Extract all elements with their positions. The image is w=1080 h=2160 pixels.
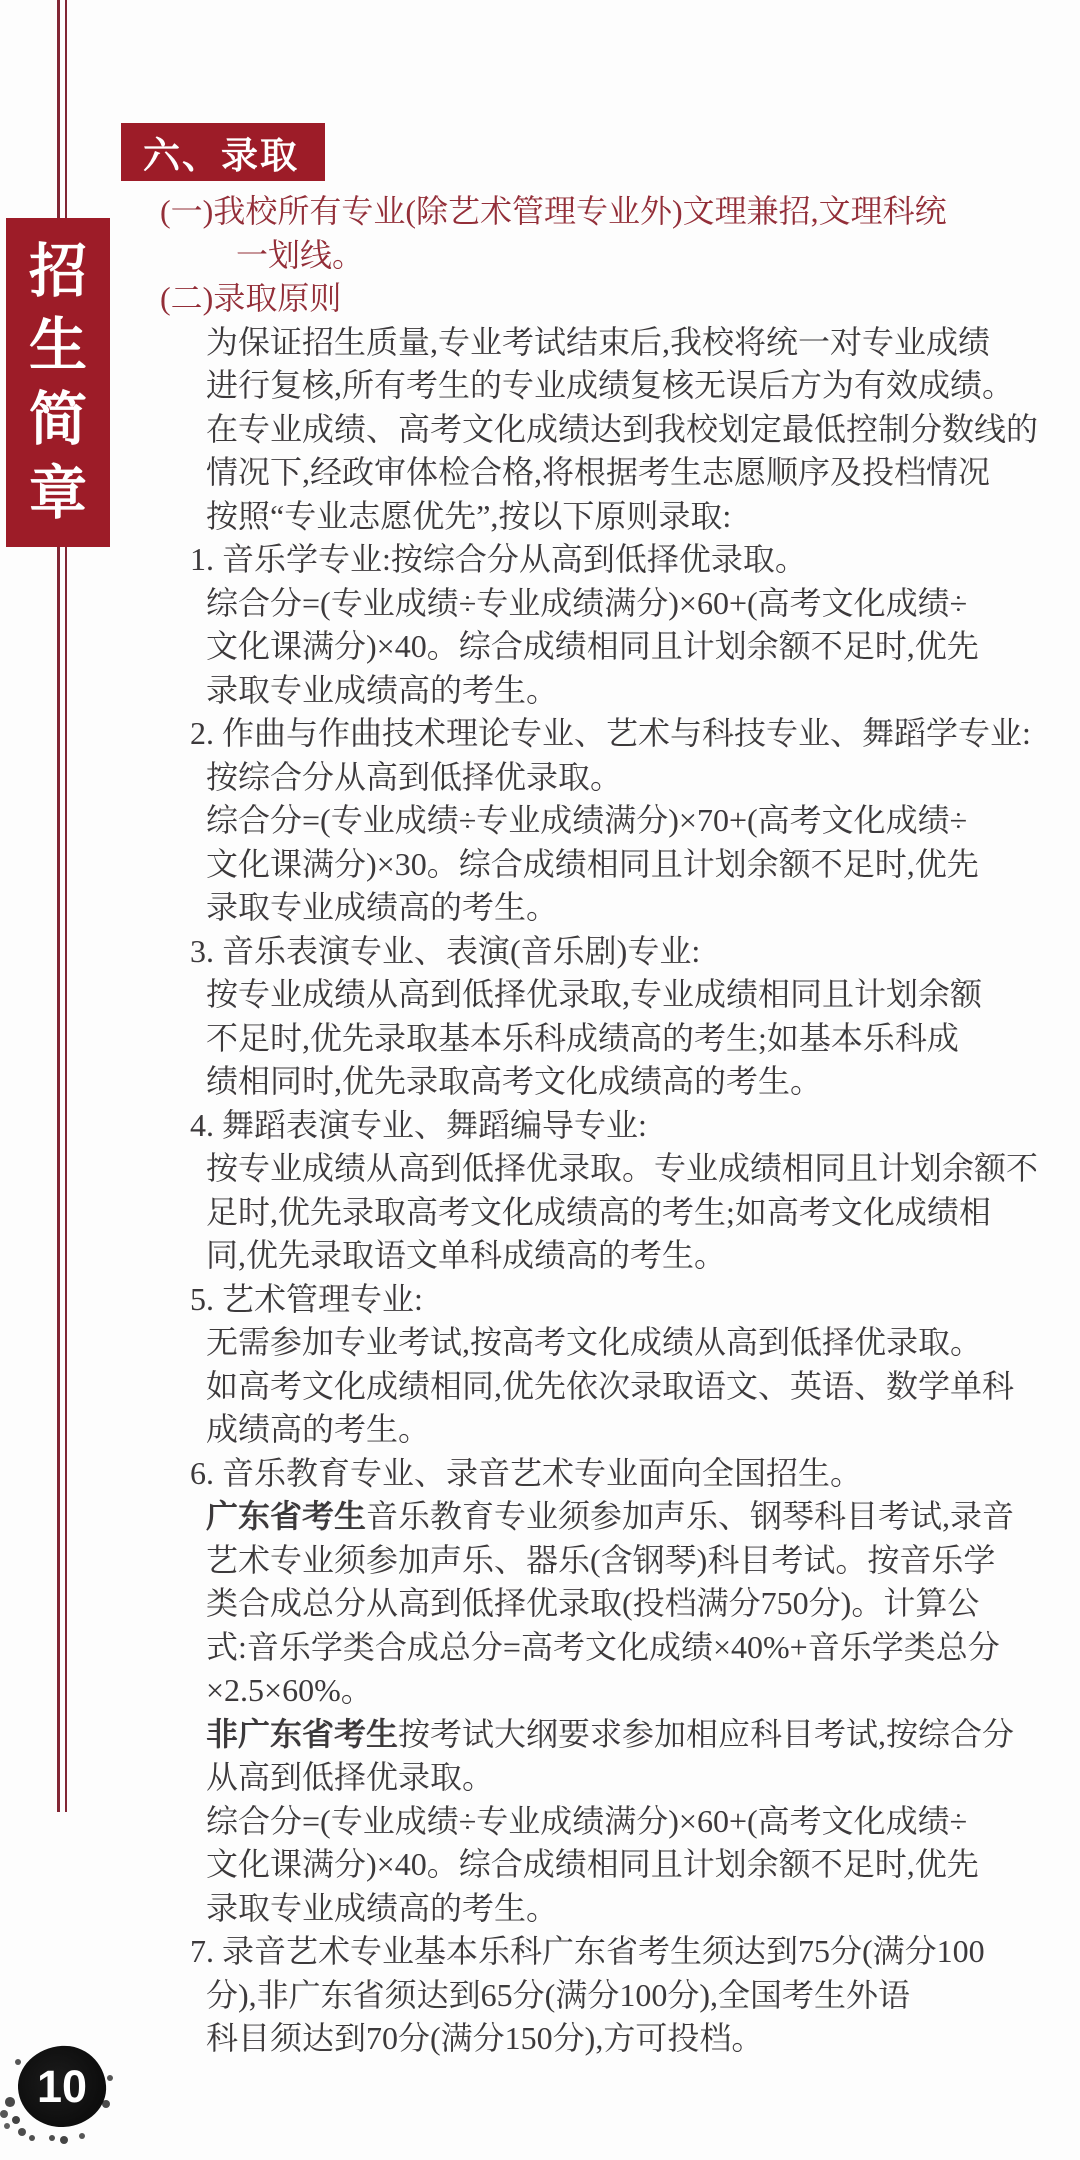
- text-line: 绩相同时,优先录取高考文化成绩高的考生。: [160, 1060, 1060, 1104]
- text-line: 3. 音乐表演专业、表演(音乐剧)专业:: [160, 930, 1060, 974]
- text-line: 式:音乐学类合成总分=高考文化成绩×40%+音乐学类总分: [160, 1626, 1060, 1670]
- page-number-badge: 10: [15, 2043, 108, 2130]
- text-line: 按综合分从高到低择优录取。: [160, 756, 1060, 800]
- text-line: 广东省考生音乐教育专业须参加声乐、钢琴科目考试,录音: [160, 1495, 1060, 1539]
- text-line: 按专业成绩从高到低择优录取。专业成绩相同且计划余额不: [160, 1147, 1060, 1191]
- banner-character: 招: [29, 237, 87, 307]
- sidebar-title-banner: 招生简章: [6, 218, 110, 547]
- text-line: 科目须达到70分(满分150分),方可投档。: [160, 2017, 1060, 2061]
- text-line: 录取专业成绩高的考生。: [160, 1887, 1060, 1931]
- text-line: 综合分=(专业成绩÷专业成绩满分)×70+(高考文化成绩÷: [160, 799, 1060, 843]
- bold-run: 非广东省考生: [206, 1716, 398, 1752]
- text-line: 非广东省考生按考试大纲要求参加相应科目考试,按综合分: [160, 1713, 1060, 1757]
- text-line: 如高考文化成绩相同,优先依次录取语文、英语、数学单科: [160, 1365, 1060, 1409]
- text-line: 类合成总分从高到低择优录取(投档满分750分)。计算公: [160, 1582, 1060, 1626]
- text-line: ×2.5×60%。: [160, 1669, 1060, 1713]
- text-line: 分),非广东省须达到65分(满分100分),全国考生外语: [160, 1974, 1060, 2018]
- text-line: 7. 录音艺术专业基本乐科广东省考生须达到75分(满分100: [160, 1930, 1060, 1974]
- brochure-page: 招生简章 六、录取 (一)我校所有专业(除艺术管理专业外)文理兼招,文理科统一划…: [0, 0, 1080, 2160]
- section-title: 六、录取: [143, 125, 299, 179]
- section-header: 六、录取: [121, 123, 325, 181]
- text-line: 进行复核,所有考生的专业成绩复核无误后方为有效成绩。: [160, 364, 1060, 408]
- banner-character: 简: [29, 385, 87, 455]
- text-line: 4. 舞蹈表演专业、舞蹈编导专业:: [160, 1104, 1060, 1148]
- text-line: 成绩高的考生。: [160, 1408, 1060, 1452]
- text-line: 不足时,优先录取基本乐科成绩高的考生;如基本乐科成: [160, 1017, 1060, 1061]
- text-line: 足时,优先录取高考文化成绩高的考生;如高考文化成绩相: [160, 1191, 1060, 1235]
- text-line: 艺术专业须参加声乐、器乐(含钢琴)科目考试。按音乐学: [160, 1539, 1060, 1583]
- text-line: 文化课满分)×40。综合成绩相同且计划余额不足时,优先: [160, 625, 1060, 669]
- text-line: 按照“专业志愿优先”,按以下原则录取:: [160, 495, 1060, 539]
- text-line: 一划线。: [160, 234, 1060, 278]
- text-line: 6. 音乐教育专业、录音艺术专业面向全国招生。: [160, 1452, 1060, 1496]
- banner-character: 生: [29, 311, 87, 381]
- text-line: 文化课满分)×30。综合成绩相同且计划余额不足时,优先: [160, 843, 1060, 887]
- text-line: 综合分=(专业成绩÷专业成绩满分)×60+(高考文化成绩÷: [160, 1800, 1060, 1844]
- body-text: (一)我校所有专业(除艺术管理专业外)文理兼招,文理科统一划线。(二)录取原则为…: [160, 190, 1060, 2061]
- banner-character: 章: [29, 459, 87, 529]
- text-line: 5. 艺术管理专业:: [160, 1278, 1060, 1322]
- text-line: 录取专业成绩高的考生。: [160, 669, 1060, 713]
- text-line: (一)我校所有专业(除艺术管理专业外)文理兼招,文理科统: [160, 190, 1060, 234]
- text-line: 2. 作曲与作曲技术理论专业、艺术与科技专业、舞蹈学专业:: [160, 712, 1060, 756]
- text-line: 为保证招生质量,专业考试结束后,我校将统一对专业成绩: [160, 321, 1060, 365]
- text-line: (二)录取原则: [160, 277, 1060, 321]
- text-line: 从高到低择优录取。: [160, 1756, 1060, 1800]
- text-line: 无需参加专业考试,按高考文化成绩从高到低择优录取。: [160, 1321, 1060, 1365]
- text-line: 在专业成绩、高考文化成绩达到我校划定最低控制分数线的: [160, 408, 1060, 452]
- page-number: 10: [37, 2061, 87, 2113]
- text-line: 同,优先录取语文单科成绩高的考生。: [160, 1234, 1060, 1278]
- text-line: 1. 音乐学专业:按综合分从高到低择优录取。: [160, 538, 1060, 582]
- text-line: 情况下,经政审体检合格,将根据考生志愿顺序及投档情况: [160, 451, 1060, 495]
- text-line: 文化课满分)×40。综合成绩相同且计划余额不足时,优先: [160, 1843, 1060, 1887]
- text-line: 录取专业成绩高的考生。: [160, 886, 1060, 930]
- text-line: 按专业成绩从高到低择优录取,专业成绩相同且计划余额: [160, 973, 1060, 1017]
- bold-run: 广东省考生: [206, 1498, 366, 1534]
- text-line: 综合分=(专业成绩÷专业成绩满分)×60+(高考文化成绩÷: [160, 582, 1060, 626]
